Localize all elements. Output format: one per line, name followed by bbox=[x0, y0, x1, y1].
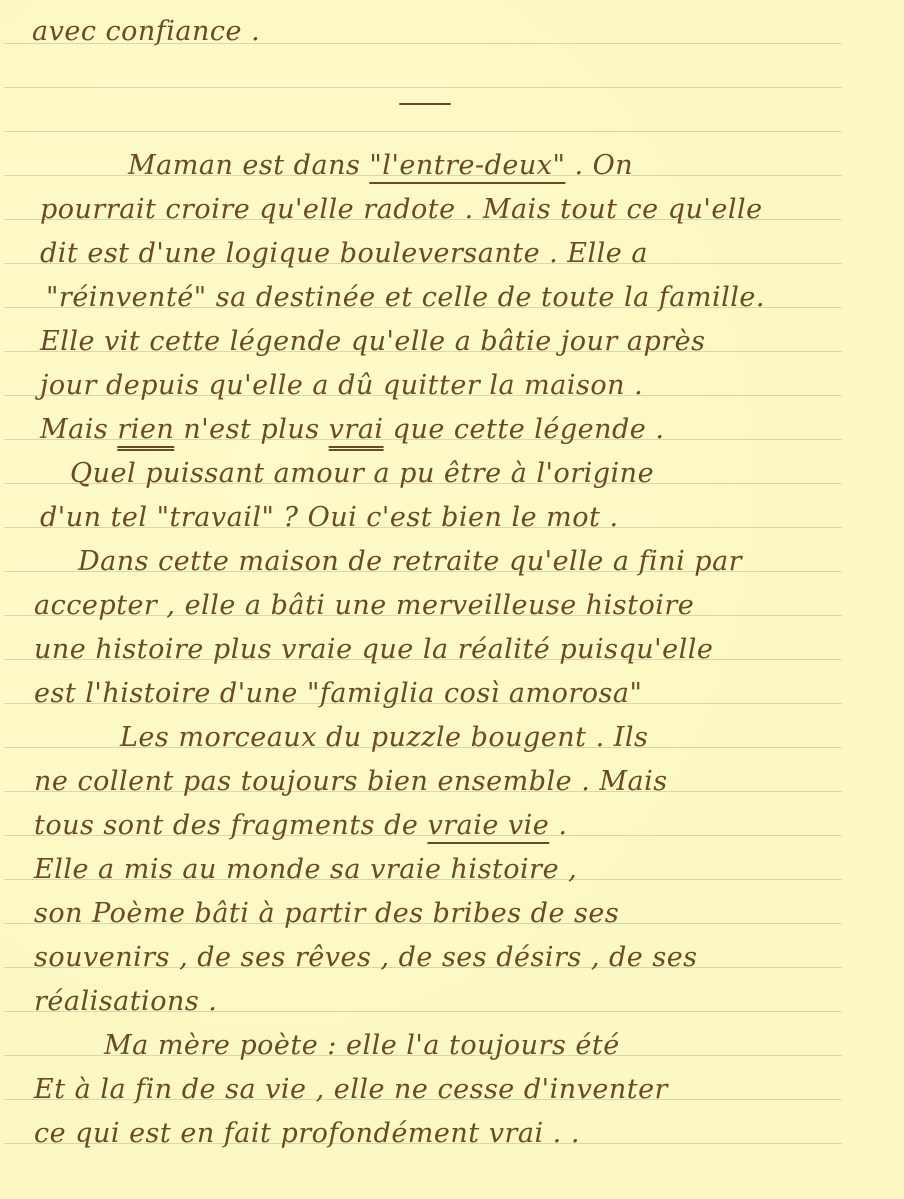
text-line-22: Ma mère poète : elle l'a toujours été bbox=[104, 1030, 620, 1062]
text-line-24: ce qui est en fait profondément vrai . . bbox=[34, 1118, 580, 1150]
text-segment: . On bbox=[565, 150, 633, 181]
text-segment: n'est plus bbox=[174, 414, 328, 445]
text-line-23: Et à la fin de sa vie , elle ne cesse d'… bbox=[34, 1074, 668, 1106]
text-line-3: pourrait croire qu'elle radote . Mais to… bbox=[40, 194, 763, 226]
double-underlined-word: rien bbox=[117, 414, 174, 445]
text-line-7: jour depuis qu'elle a dû quitter la mais… bbox=[40, 370, 643, 402]
text-line-8: Mais rien n'est plus vrai que cette lége… bbox=[40, 414, 664, 446]
text-line-21: réalisations . bbox=[34, 986, 217, 1018]
text-line-10: d'un tel "travail" ? Oui c'est bien le m… bbox=[40, 502, 619, 534]
text-line-11: Dans cette maison de retraite qu'elle a … bbox=[78, 546, 742, 578]
text-line-19: son Poème bâti à partir des bribes de se… bbox=[34, 898, 619, 930]
text-segment: . bbox=[549, 810, 567, 841]
text-line-16: ne collent pas toujours bien ensemble . … bbox=[34, 766, 668, 798]
text-line-1: avec confiance . bbox=[32, 16, 260, 48]
section-separator bbox=[399, 103, 451, 105]
text-segment: tous sont des fragments de bbox=[34, 810, 427, 841]
text-line-9: Quel puissant amour a pu être à l'origin… bbox=[70, 458, 654, 490]
text-line-4: dit est d'une logique bouleversante . El… bbox=[40, 238, 648, 270]
text-line-18: Elle a mis au monde sa vraie histoire , bbox=[34, 854, 577, 886]
text-segment: Maman est dans bbox=[128, 150, 369, 181]
text-line-20: souvenirs , de ses rêves , de ses désirs… bbox=[34, 942, 698, 974]
double-underlined-word: vrai bbox=[329, 414, 384, 445]
ruled-line bbox=[4, 87, 842, 88]
text-line-15: Les morceaux du puzzle bougent . Ils bbox=[120, 722, 648, 754]
text-line-12: accepter , elle a bâti une merveilleuse … bbox=[34, 590, 694, 622]
text-line-5: "réinventé" sa destinée et celle de tout… bbox=[46, 282, 765, 314]
underlined-phrase: vraie vie bbox=[427, 810, 549, 841]
text-line-2: Maman est dans "l'entre-deux" . On bbox=[128, 150, 633, 182]
text-line-6: Elle vit cette légende qu'elle a bâtie j… bbox=[40, 326, 705, 358]
text-segment: Mais bbox=[40, 414, 117, 445]
ruled-line bbox=[4, 131, 842, 132]
text-line-14: est l'histoire d'une "famiglia così amor… bbox=[34, 678, 642, 710]
notebook-page: avec confiance . Maman est dans "l'entre… bbox=[0, 0, 904, 1199]
text-line-13: une histoire plus vraie que la réalité p… bbox=[34, 634, 713, 666]
underlined-phrase: "l'entre-deux" bbox=[369, 150, 565, 181]
text-line-17: tous sont des fragments de vraie vie . bbox=[34, 810, 567, 842]
text-segment: que cette légende . bbox=[384, 414, 665, 445]
